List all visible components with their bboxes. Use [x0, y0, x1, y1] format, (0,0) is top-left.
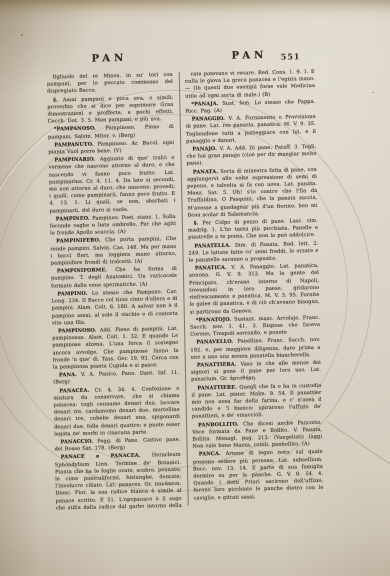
- dictionary-entry: PAMPINO. Lo stesso che Pampano. Car. Lon…: [51, 289, 178, 328]
- entry-headword: PANATTIERE.: [197, 384, 239, 391]
- entry-headword: PAMPANUTO.: [54, 141, 98, 148]
- entry-headword: PANACEA.: [59, 387, 95, 394]
- text-columns: figliuolo del re Minos, in su' tori con …: [47, 69, 324, 513]
- scanned-book-photo: { "colors": { "paper": "#d5cdbe", "paper…: [0, 0, 390, 576]
- printed-page: PAN PAN 551 figliuolo del re Minos, in s…: [46, 35, 324, 527]
- paper-speck: [21, 34, 23, 36]
- entry-headword: PANATA.: [193, 169, 221, 176]
- dictionary-entry: PANATICA. V. A. Panaggio. Lat. panatica,…: [189, 263, 320, 316]
- entry-text: figliuolo del re Minos, in su' tori con …: [47, 72, 173, 95]
- dictionary-entry: §. Assai pampani e poca uva, o simili; p…: [47, 95, 174, 126]
- entry-headword: *PAMPANOSO.: [54, 126, 106, 133]
- entry-headword: PANATELLA.: [194, 242, 235, 249]
- dictionary-entry: PANCA. Arnese di legno noto, sul quale p…: [193, 449, 324, 502]
- entry-headword: *PANAJA.: [191, 101, 222, 108]
- dictionary-entry: PANATA. Sorta di minestra fatta di pane,…: [187, 167, 318, 220]
- entry-headword: PANATTIERA.: [197, 361, 241, 368]
- dictionary-entry: PAMPINOSO. Add. Pieno di pampini. Lat. p…: [52, 326, 179, 372]
- dictionary-entry: *PANATOJO. Sustant. masc. Arcolajo. Fran…: [190, 315, 320, 339]
- dictionary-entry: PANA. V. A. Panico, Pane. Dant. Inf. 11.…: [53, 370, 179, 387]
- entry-headword: PAMPINO.: [57, 291, 92, 298]
- right-text-column: rate potevano vi recare. Red. Cons. 1. 9…: [185, 69, 324, 510]
- entry-text: Assai pampani e poca uva, o simili; prov…: [47, 95, 173, 125]
- dictionary-entry: §. Per Colpo di pezzo di pane. Lasc. rim…: [188, 218, 318, 242]
- entry-headword: PAMPINEO.: [56, 215, 93, 222]
- dictionary-entry: PAMPINEO. Pampineo. Poet. stanz. 1. Sull…: [50, 214, 176, 238]
- dictionary-entry: PANACEA. Cr. 4. 34. 4. Confezione o mist…: [53, 385, 180, 438]
- entry-headword: PANBOLLITO.: [198, 421, 243, 428]
- dictionary-entry: PAMPINIFORME. Che ha forma di pampino. T…: [51, 266, 177, 290]
- dictionary-entry: *PANAJA. Sust. fem. Lo stesso che Pappa.…: [185, 99, 315, 116]
- dictionary-entry: PANAJO. V. A. Add. Di pane. Pataff. 3. T…: [186, 144, 316, 168]
- dictionary-entry: PANAVELLO. Panellino. Franc. Sacch. nov.…: [190, 337, 320, 361]
- entry-headword: PANACCIO.: [60, 439, 97, 446]
- entry-text: Per Colpo di pezzo di pane. Lasc. rim. m…: [188, 218, 318, 241]
- running-head-left: PAN: [46, 45, 172, 67]
- paper-speck: [372, 92, 374, 93]
- dictionary-entry: PANATTIERE. Quegli che fa o ha in custod…: [191, 382, 322, 421]
- entry-headword: §.: [194, 220, 203, 226]
- paper-crease-line: [327, 421, 390, 483]
- entry-headword: PANAGGIO.: [192, 116, 229, 123]
- dictionary-entry: PANBOLLITO. Che dicesi anche Pancotto. V…: [192, 419, 323, 451]
- dictionary-entry: PANATTIERA. Vaso in che alle mense dei s…: [191, 360, 321, 384]
- running-title-right: PAN: [231, 50, 267, 62]
- paper-background: PAN PAN 551 figliuolo del re Minos, in s…: [0, 0, 390, 576]
- dictionary-entry: PAMPINARIO. Aggiunto di que' tralci o ve…: [48, 155, 175, 215]
- entry-text: Heracleum Sphondylium Linn. Termine de' …: [55, 452, 182, 512]
- dictionary-entry: PANATELLA. Dim. di Panata. Red. lett. 2.…: [188, 241, 318, 265]
- page-number: 551: [281, 51, 301, 61]
- dictionary-entry: figliuolo del re Minos, in su' tori con …: [47, 72, 173, 96]
- dictionary-entry: PAMPINIFERO. Che porta pampini, Che rend…: [50, 236, 177, 267]
- entry-headword: PAMPINIFERO.: [56, 238, 105, 245]
- entry-text: rate potevano vi recare. Red. Cons. 1. 9…: [185, 69, 315, 99]
- running-head-right: PAN 551: [184, 42, 314, 64]
- entry-headword: PANAJO.: [192, 146, 219, 153]
- entry-headword: *PANATOJO.: [196, 316, 234, 323]
- entry-headword: PANATICA.: [195, 265, 232, 272]
- running-head: PAN PAN 551: [46, 35, 314, 67]
- dictionary-entry: rate potevano vi recare. Red. Cons. 1. 9…: [185, 69, 316, 101]
- entry-headword: PANAVELLO.: [196, 339, 237, 346]
- entry-headword: PANA.: [59, 372, 81, 378]
- dictionary-entry: PAMPANUTO. Pampinoso. Ar. Bucol. ogni pi…: [48, 140, 174, 157]
- entry-headword: PANCA.: [199, 451, 226, 458]
- entry-headword: PAMPINOSO.: [58, 327, 100, 334]
- entry-text: Aggiunto di que' tralci o vermene che na…: [49, 155, 176, 214]
- dictionary-entry: PANACE e PANACEA. Heracleum Sphondylium …: [55, 452, 182, 512]
- dictionary-entry: *PAMPANOSO. Pampinoso, Pieno di pampani.…: [48, 124, 174, 141]
- left-text-column: figliuolo del re Minos, in su' tori con …: [47, 72, 182, 513]
- dictionary-entry: PANAGGIO. V. A. Fornimento o Provvisione…: [186, 114, 317, 146]
- running-title-left: PAN: [91, 53, 127, 65]
